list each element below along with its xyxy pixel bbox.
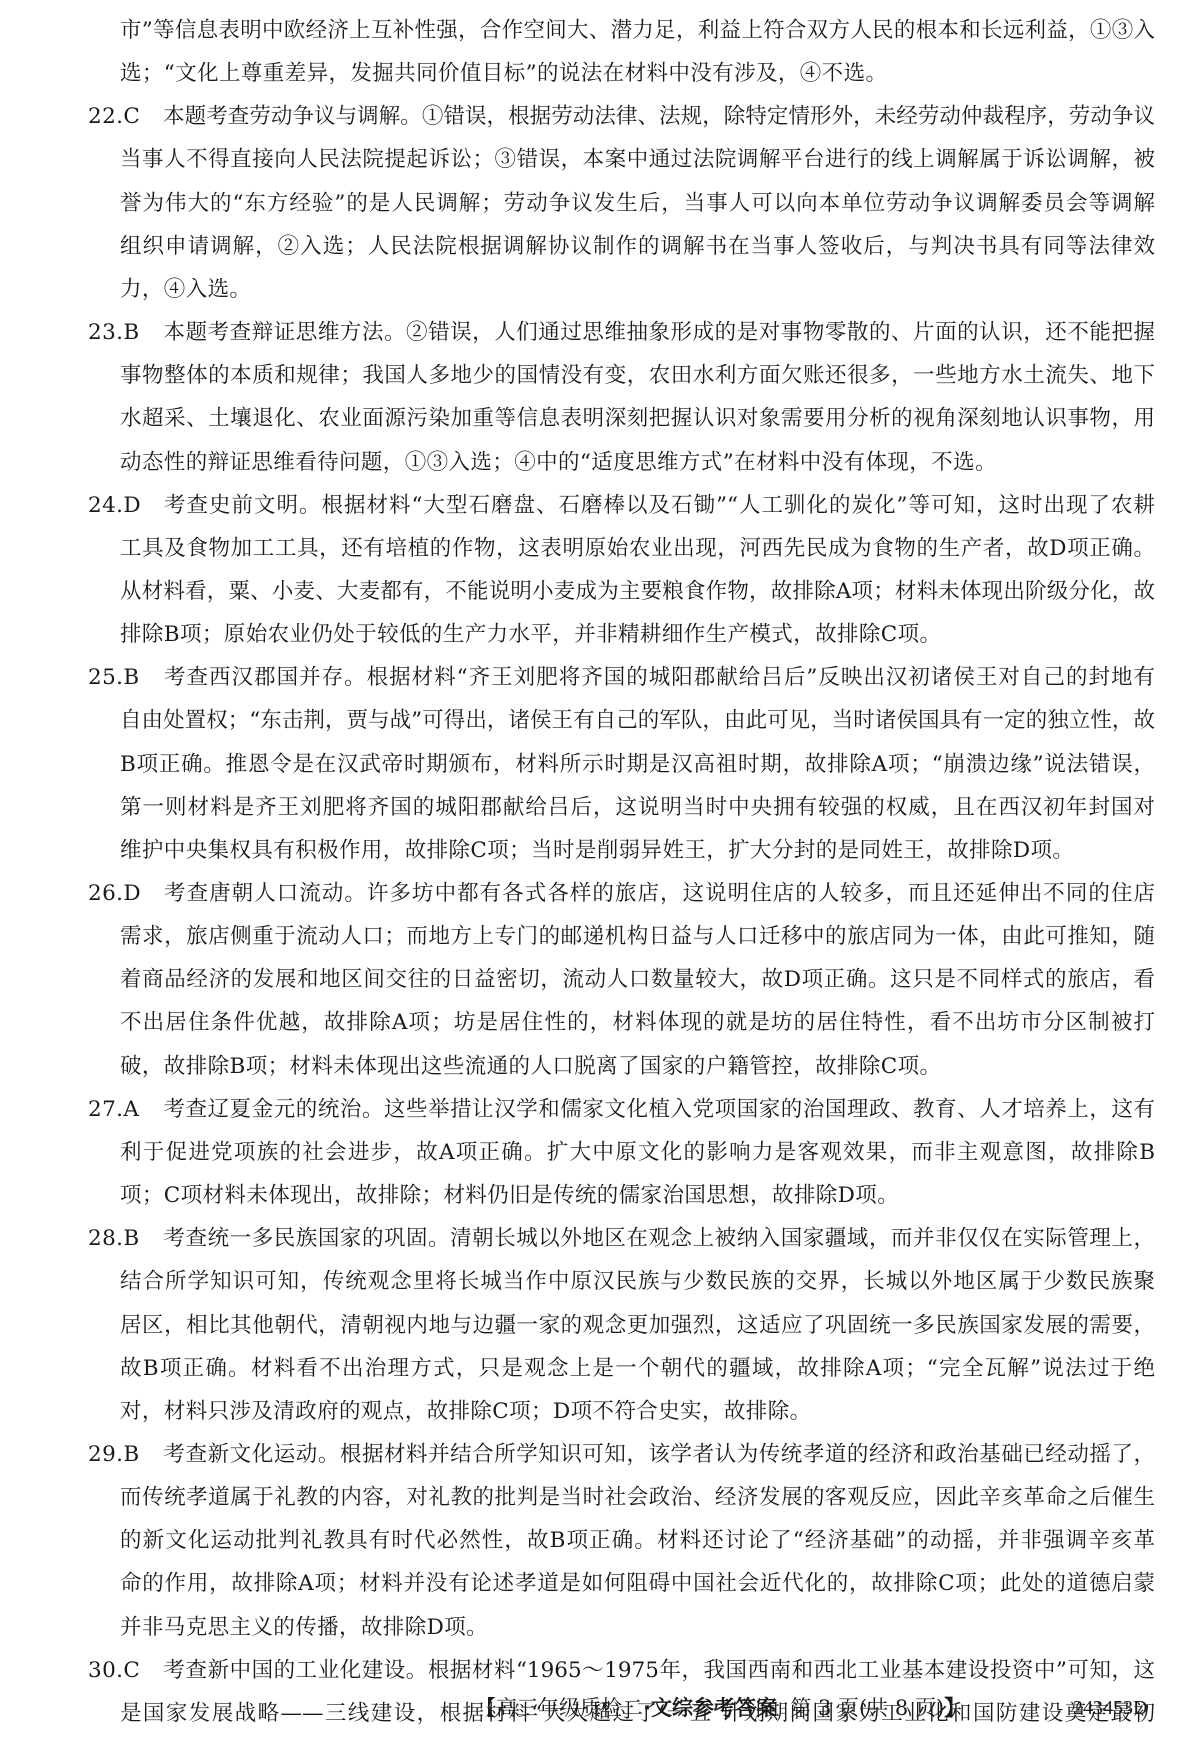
answer-text-line: 维护中央集权具有积极作用，故排除C项；当时是削弱异姓王，扩大分封的是同姓王，故排… bbox=[120, 833, 1155, 869]
line-text: 当事人不得直接向人民法院提起诉讼；③错误，本案中通过法院调解平台进行的线上调解属… bbox=[120, 147, 1155, 172]
answer-item-first-line: 26.D考查唐朝人口流动。许多坊中都有各式各样的旅店，这说明住店的人较多，而且还… bbox=[88, 876, 1155, 912]
line-text: 命的作用，故排除A项；材料并没有论述孝道是如何阻碍中国社会近代化的，故排除C项；… bbox=[120, 1571, 1155, 1596]
line-text: 排除B项；原始农业仍处于较低的生产力水平，并非精耕细作生产模式，故排除C项。 bbox=[120, 622, 941, 647]
question-number-answer: 26.D bbox=[88, 876, 163, 912]
line-text: 的新文化运动批判礼教具有时代必然性，故B项正确。材料还讨论了“经济基础”的动摇，… bbox=[120, 1528, 1155, 1553]
answer-key-page: 市”等信息表明中欧经济上互补性强，合作空间大、潜力足，利益上符合双方人民的根本和… bbox=[0, 0, 1200, 1742]
line-text: 组织申请调解，②入选；人民法院根据调解协议制作的调解书在当事人签收后，与判决书具… bbox=[120, 234, 1155, 259]
footer-page-number: 第 3 页(共 8 页) bbox=[790, 1696, 944, 1720]
answer-text-line: 破，故排除B项；材料未体现出这些流通的人口脱离了国家的户籍管控，故排除C项。 bbox=[120, 1049, 1155, 1085]
answer-text-line: 不出居住条件优越，故排除A项；坊是居住性的，材料体现的就是坊的居住特性，看不出坊… bbox=[120, 1005, 1155, 1041]
question-number-answer: 22.C bbox=[88, 99, 163, 135]
answer-item-first-line: 30.C考查新中国的工业化建设。根据材料“1965～1975年，我国西南和西北工… bbox=[88, 1653, 1155, 1689]
line-text: 选；“文化上尊重差异，发掘共同价值目标”的说法在材料中没有涉及，④不选。 bbox=[120, 61, 887, 86]
answer-item-first-line: 29.B考查新文化运动。根据材料并结合所学知识可知，该学者认为传统孝道的经济和政… bbox=[88, 1437, 1155, 1473]
answer-text-line: 组织申请调解，②入选；人民法院根据调解协议制作的调解书在当事人签收后，与判决书具… bbox=[120, 229, 1155, 265]
answer-text-line: 工具及食物加工工具，还有培植的作物，这表明原始农业出现，河西先民成为食物的生产者… bbox=[120, 531, 1155, 567]
answer-text-line: 对，材料只涉及清政府的观点，故排除C项；D项不符合史实，故排除。 bbox=[120, 1394, 1155, 1430]
line-text: 不出居住条件优越，故排除A项；坊是居住性的，材料体现的就是坊的居住特性，看不出坊… bbox=[120, 1010, 1155, 1035]
answer-item-first-line: 24.D考查史前文明。根据材料“大型石磨盘、石磨棒以及石锄”“人工驯化的炭化”等… bbox=[88, 488, 1155, 524]
footer-title: 【高三年级质检二·文综参考答案 第 3 页(共 8 页)】 bbox=[475, 1690, 965, 1726]
answer-text-line: 着商品经济的发展和地区间交往的日益密切，流动人口数量较大，故D项正确。这只是不同… bbox=[120, 962, 1155, 998]
line-text: 力，④入选。 bbox=[120, 277, 251, 302]
line-text: 并非马克思主义的传播，故排除D项。 bbox=[120, 1615, 488, 1640]
answer-text-line: 事物整体的本质和规律；我国人多地少的国情没有变，农田水利方面欠账还很多，一些地方… bbox=[120, 358, 1155, 394]
answer-text-line: 项；C项材料未体现出，故排除；材料仍旧是传统的儒家治国思想，故排除D项。 bbox=[120, 1178, 1155, 1214]
line-text: 利于促进党项族的社会进步，故A项正确。扩大中原文化的影响力是客观效果，而非主观意… bbox=[120, 1140, 1155, 1165]
line-text: 从材料看，粟、小麦、大麦都有，不能说明小麦成为主要粮食作物，故排除A项；材料未体… bbox=[120, 579, 1155, 604]
answer-item-first-line: 27.A考查辽夏金元的统治。这些举措让汉学和儒家文化植入党项国家的治国理政、教育… bbox=[88, 1092, 1155, 1128]
footer-document-code: 243453D bbox=[1073, 1690, 1147, 1726]
answer-text-line: 结合所学知识可知，传统观念里将长城当作中原汉民族与少数民族的交界，长城以外地区属… bbox=[120, 1264, 1155, 1300]
line-text: 考查唐朝人口流动。许多坊中都有各式各样的旅店，这说明住店的人较多，而且还延伸出不… bbox=[163, 881, 1155, 906]
question-number-answer: 28.B bbox=[88, 1221, 163, 1257]
footer-dot: · bbox=[643, 1696, 651, 1720]
line-text: 项；C项材料未体现出，故排除；材料仍旧是传统的儒家治国思想，故排除D项。 bbox=[120, 1183, 899, 1208]
answer-text-line: 当事人不得直接向人民法院提起诉讼；③错误，本案中通过法院调解平台进行的线上调解属… bbox=[120, 142, 1155, 178]
answer-text-line: B项正确。推恩令是在汉武帝时期颁布，材料所示时期是汉高祖时期，故排除A项；“崩溃… bbox=[120, 747, 1155, 783]
answer-text-line: 命的作用，故排除A项；材料并没有论述孝道是如何阻碍中国社会近代化的，故排除C项；… bbox=[120, 1566, 1155, 1602]
line-text: 考查统一多民族国家的巩固。清朝长城以外地区在观念上被纳入国家疆域，而并非仅仅在实… bbox=[163, 1226, 1155, 1251]
line-text: 考查辽夏金元的统治。这些举措让汉学和儒家文化植入党项国家的治国理政、教育、人才培… bbox=[163, 1097, 1155, 1122]
answer-text-line: 动态性的辩证思维看待问题，①③入选；④中的“适度思维方式”在材料中没有体现，不选… bbox=[120, 445, 1155, 481]
answer-item-first-line: 22.C本题考查劳动争议与调解。①错误，根据劳动法律、法规，除特定情形外，未经劳… bbox=[88, 99, 1155, 135]
line-text: 动态性的辩证思维看待问题，①③入选；④中的“适度思维方式”在材料中没有体现，不选… bbox=[120, 450, 997, 475]
line-text: 考查史前文明。根据材料“大型石磨盘、石磨棒以及石锄”“人工驯化的炭化”等可知，这… bbox=[163, 493, 1155, 518]
answer-text-line: 利于促进党项族的社会进步，故A项正确。扩大中原文化的影响力是客观效果，而非主观意… bbox=[120, 1135, 1155, 1171]
question-number-answer: 30.C bbox=[88, 1653, 163, 1689]
question-number-answer: 23.B bbox=[88, 315, 163, 351]
line-text: 市”等信息表明中欧经济上互补性强，合作空间大、潜力足，利益上符合双方人民的根本和… bbox=[120, 18, 1155, 43]
line-text: 居区，相比其他朝代，清朝视内地与边疆一家的观念更加强烈，这适应了巩固统一多民族国… bbox=[120, 1313, 1155, 1338]
line-text: 第一则材料是齐王刘肥将齐国的城阳郡献给吕后，这说明当时中央拥有较强的权威，且在西… bbox=[120, 795, 1155, 820]
page-footer: 【高三年级质检二·文综参考答案 第 3 页(共 8 页)】 243453D bbox=[0, 1690, 1200, 1726]
footer-bracket-close: 】 bbox=[944, 1696, 965, 1720]
answer-text-line: 排除B项；原始农业仍处于较低的生产力水平，并非精耕细作生产模式，故排除C项。 bbox=[120, 617, 1155, 653]
footer-bracket-open: 【 bbox=[475, 1696, 496, 1720]
answer-text-line: 居区，相比其他朝代，清朝视内地与边疆一家的观念更加强烈，这适应了巩固统一多民族国… bbox=[120, 1308, 1155, 1344]
answer-text-line: 力，④入选。 bbox=[120, 272, 1155, 308]
answer-text-line: 选；“文化上尊重差异，发掘共同价值目标”的说法在材料中没有涉及，④不选。 bbox=[120, 56, 1155, 92]
line-text: 着商品经济的发展和地区间交往的日益密切，流动人口数量较大，故D项正确。这只是不同… bbox=[120, 967, 1155, 992]
answer-item-first-line: 23.B本题考查辩证思维方法。②错误，人们通过思维抽象形成的是对事物零散的、片面… bbox=[88, 315, 1155, 351]
line-text: 工具及食物加工工具，还有培植的作物，这表明原始农业出现，河西先民成为食物的生产者… bbox=[120, 536, 1155, 561]
line-text: 自由处置权；“东击荆，贾与战”可得出，诸侯王有自己的军队，由此可见，当时诸侯国具… bbox=[120, 708, 1155, 733]
line-text: 结合所学知识可知，传统观念里将长城当作中原汉民族与少数民族的交界，长城以外地区属… bbox=[120, 1269, 1155, 1294]
line-text: 考查新文化运动。根据材料并结合所学知识可知，该学者认为传统孝道的经济和政治基础已… bbox=[163, 1442, 1155, 1467]
line-text: 需求，旅店侧重于流动人口；而地方上专门的邮递机构日益与人口迁移中的旅店同为一体，… bbox=[120, 924, 1155, 949]
answer-text-line: 的新文化运动批判礼教具有时代必然性，故B项正确。材料还讨论了“经济基础”的动摇，… bbox=[120, 1523, 1155, 1559]
answer-text-line: 市”等信息表明中欧经济上互补性强，合作空间大、潜力足，利益上符合双方人民的根本和… bbox=[120, 13, 1155, 49]
line-text: 破，故排除B项；材料未体现出这些流通的人口脱离了国家的户籍管控，故排除C项。 bbox=[120, 1054, 941, 1079]
question-number-answer: 24.D bbox=[88, 488, 163, 524]
line-text: 本题考查劳动争议与调解。①错误，根据劳动法律、法规，除特定情形外，未经劳动仲裁程… bbox=[163, 104, 1155, 129]
answer-text-line: 誉为伟大的“东方经验”的是人民调解；劳动争议发生后，当事人可以向本单位劳动争议调… bbox=[120, 186, 1155, 222]
answer-text-line: 水超采、土壤退化、农业面源污染加重等信息表明深刻把握认识对象需要用分析的视角深刻… bbox=[120, 401, 1155, 437]
line-text: 对，材料只涉及清政府的观点，故排除C项；D项不符合史实，故排除。 bbox=[120, 1399, 812, 1424]
line-text: 本题考查辩证思维方法。②错误，人们通过思维抽象形成的是对事物零散的、片面的认识，… bbox=[163, 320, 1155, 345]
answer-text-line: 并非马克思主义的传播，故排除D项。 bbox=[120, 1610, 1155, 1646]
line-text: 维护中央集权具有积极作用，故排除C项；当时是削弱异姓王，扩大分封的是同姓王，故排… bbox=[120, 838, 1074, 863]
line-text: 故B项正确。材料看不出治理方式，只是观念上是一个朝代的疆域，故排除A项；“完全瓦… bbox=[120, 1356, 1155, 1381]
answer-text-line: 从材料看，粟、小麦、大麦都有，不能说明小麦成为主要粮食作物，故排除A项；材料未体… bbox=[120, 574, 1155, 610]
question-number-answer: 25.B bbox=[88, 660, 163, 696]
line-text: 考查新中国的工业化建设。根据材料“1965～1975年，我国西南和西北工业基本建… bbox=[163, 1658, 1155, 1683]
answer-item-first-line: 25.B考查西汉郡国并存。根据材料“齐王刘肥将齐国的城阳郡献给吕后”反映出汉初诸… bbox=[88, 660, 1155, 696]
question-number-answer: 29.B bbox=[88, 1437, 163, 1473]
line-text: B项正确。推恩令是在汉武帝时期颁布，材料所示时期是汉高祖时期，故排除A项；“崩溃… bbox=[120, 752, 1155, 777]
answer-text-line: 而传统孝道属于礼教的内容，对礼教的批判是当时社会政治、经济发展的客观反应，因此辛… bbox=[120, 1480, 1155, 1516]
answer-text-line: 需求，旅店侧重于流动人口；而地方上专门的邮递机构日益与人口迁移中的旅店同为一体，… bbox=[120, 919, 1155, 955]
footer-subject: 文综参考答案 bbox=[651, 1696, 777, 1720]
answer-text-line: 自由处置权；“东击荆，贾与战”可得出，诸侯王有自己的军队，由此可见，当时诸侯国具… bbox=[120, 703, 1155, 739]
line-text: 考查西汉郡国并存。根据材料“齐王刘肥将齐国的城阳郡献给吕后”反映出汉初诸侯王对自… bbox=[163, 665, 1155, 690]
line-text: 而传统孝道属于礼教的内容，对礼教的批判是当时社会政治、经济发展的客观反应，因此辛… bbox=[120, 1485, 1155, 1510]
answer-text-line: 故B项正确。材料看不出治理方式，只是观念上是一个朝代的疆域，故排除A项；“完全瓦… bbox=[120, 1351, 1155, 1387]
line-text: 誉为伟大的“东方经验”的是人民调解；劳动争议发生后，当事人可以向本单位劳动争议调… bbox=[120, 191, 1155, 216]
line-text: 事物整体的本质和规律；我国人多地少的国情没有变，农田水利方面欠账还很多，一些地方… bbox=[120, 363, 1155, 388]
line-text: 水超采、土壤退化、农业面源污染加重等信息表明深刻把握认识对象需要用分析的视角深刻… bbox=[120, 406, 1155, 431]
answer-text-line: 第一则材料是齐王刘肥将齐国的城阳郡献给吕后，这说明当时中央拥有较强的权威，且在西… bbox=[120, 790, 1155, 826]
question-number-answer: 27.A bbox=[88, 1092, 163, 1128]
answer-item-first-line: 28.B考查统一多民族国家的巩固。清朝长城以外地区在观念上被纳入国家疆域，而并非… bbox=[88, 1221, 1155, 1257]
footer-exam-name: 高三年级质检二 bbox=[496, 1696, 643, 1720]
